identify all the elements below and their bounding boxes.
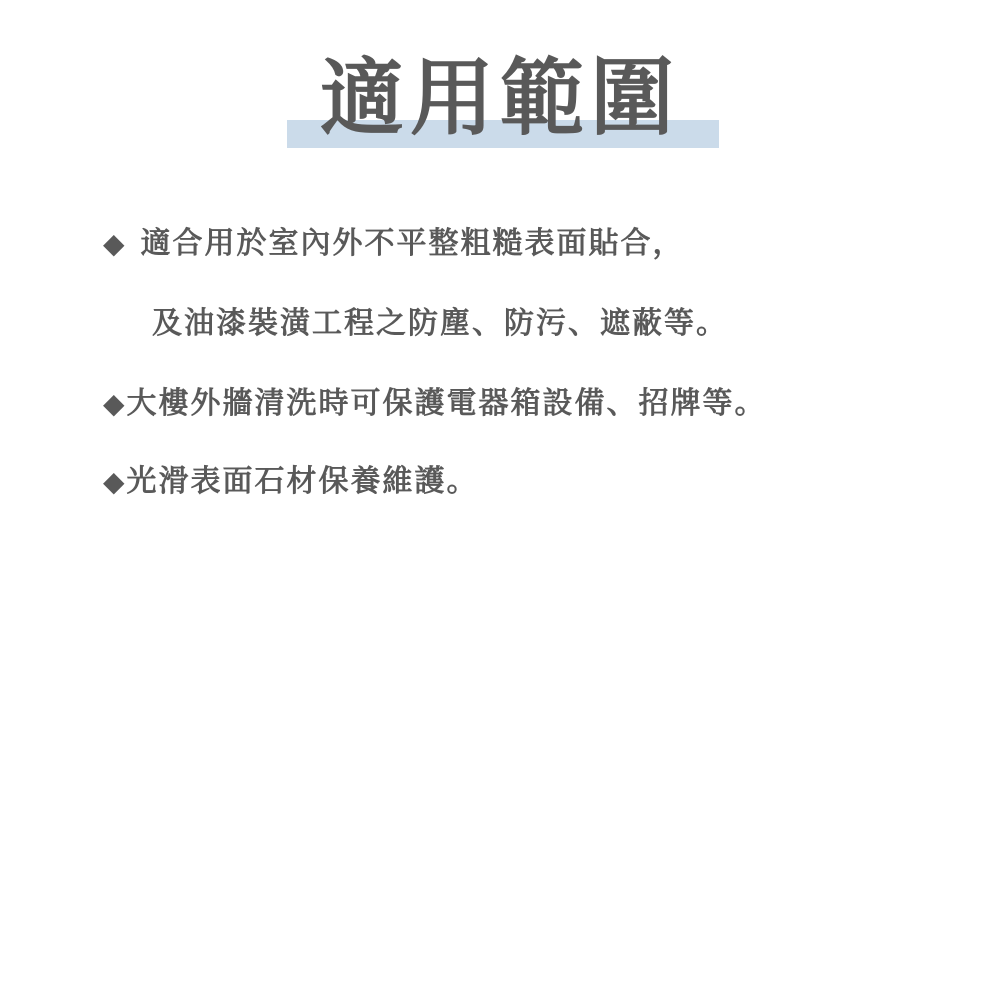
- bullet-item-1-line-2: 及油漆裝潢工程之防塵、防污、遮蔽等。: [152, 308, 728, 340]
- bullet-text: 及油漆裝潢工程之防塵、防污、遮蔽等。: [152, 307, 728, 340]
- diamond-bullet-icon: ◆: [103, 228, 127, 260]
- title-section: 適用範圍: [0, 0, 1000, 180]
- bullet-text: 大樓外牆清洗時可保護電器箱設備、招牌等。: [127, 387, 767, 420]
- bullet-text: 適合用於室內外不平整粗糙表面貼合，: [141, 227, 685, 260]
- bullet-text: 光滑表面石材保養維護。: [127, 465, 479, 498]
- page: 適用範圍 ◆適合用於室內外不平整粗糙表面貼合， 及油漆裝潢工程之防塵、防污、遮蔽…: [0, 0, 1000, 1000]
- diamond-bullet-icon: ◆: [103, 388, 127, 420]
- page-title: 適用範圍: [320, 52, 680, 144]
- bullet-item-1-line-1: ◆適合用於室內外不平整粗糙表面貼合，: [103, 228, 685, 260]
- bullet-item-2: ◆大樓外牆清洗時可保護電器箱設備、招牌等。: [103, 388, 767, 420]
- bullet-item-3: ◆光滑表面石材保養維護。: [103, 466, 479, 498]
- diamond-bullet-icon: ◆: [103, 466, 127, 498]
